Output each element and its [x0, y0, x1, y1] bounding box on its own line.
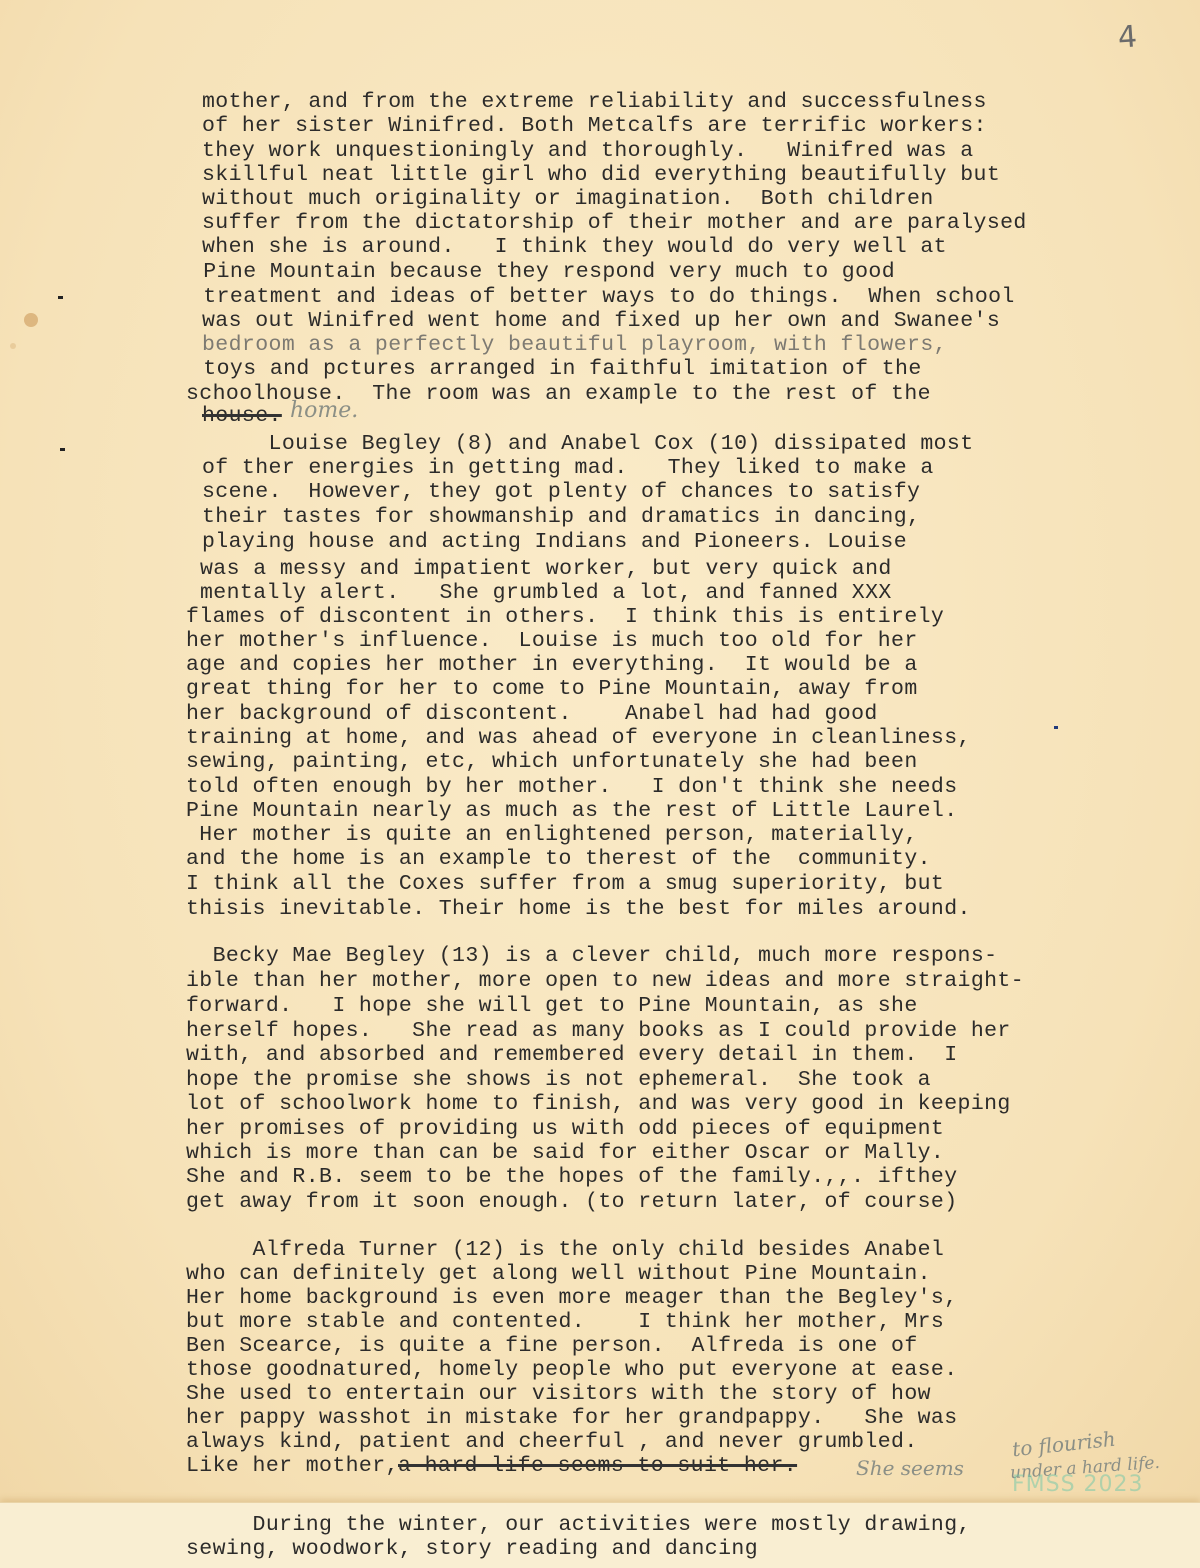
text-line: her mother's influence. Louise is much t… [186, 629, 918, 653]
text-line: sewing, woodwork, story reading and danc… [186, 1537, 758, 1561]
text-line: forward. I hope she will get to Pine Mou… [186, 994, 918, 1018]
text-line: when she is around. I think they would d… [202, 235, 947, 259]
text-line: thisis inevitable. Their home is the bes… [186, 897, 971, 921]
stain [10, 343, 16, 349]
text-line: her background of discontent. Anabel had… [186, 702, 878, 726]
text-line: bedroom as a perfectly beautiful playroo… [202, 333, 947, 357]
text-line: of her sister Winifred. Both Metcalfs ar… [202, 114, 987, 138]
text-line: Pine Mountain because they respond very … [190, 260, 895, 284]
handwritten-correction: home. [290, 398, 358, 423]
ink-mark [60, 448, 65, 451]
handwritten-insert: She seems [856, 1456, 964, 1480]
text-line: her promises of providing us with odd pi… [186, 1117, 944, 1141]
text-line: Like her mother, [186, 1454, 412, 1478]
text-line: they work unquestioningly and thoroughly… [202, 139, 974, 163]
text-line: Ben Scearce, is quite a fine person. Alf… [186, 1334, 918, 1358]
text-line: those goodnatured, homely people who put… [186, 1358, 958, 1382]
text-line: ible than her mother, more open to new i… [186, 969, 1024, 993]
text-line: toys and pctures arranged in faithful im… [190, 357, 922, 381]
watermark: FMSS 2023 [1012, 1472, 1144, 1497]
text-line: Alfreda Turner (12) is the only child be… [186, 1238, 944, 1262]
text-line: training at home, and was ahead of every… [186, 726, 971, 750]
stain [24, 313, 38, 327]
text-line: was a messy and impatient worker, but ve… [200, 557, 892, 581]
text-line: and the home is an example to therest of… [186, 847, 931, 871]
text-line: their tastes for showmanship and dramati… [202, 505, 920, 529]
text-line: suffer from the dictatorship of their mo… [202, 211, 1027, 235]
text-line: which is more than can be said for eithe… [186, 1141, 944, 1165]
text-line: Pine Mountain nearly as much as the rest… [186, 799, 958, 823]
text-line: playing house and acting Indians and Pio… [202, 530, 907, 554]
text-line: skillful neat little girl who did everyt… [202, 163, 1000, 187]
text-line: without much originality or imagination.… [202, 187, 934, 211]
text-line: get away from it soon enough. (to return… [186, 1190, 958, 1214]
next-page-overlap: During the winter, our activities were m… [0, 1502, 1200, 1568]
ink-mark [58, 296, 63, 299]
text-line: lot of schoolwork home to finish, and wa… [186, 1092, 1011, 1116]
text-line: mother, and from the extreme reliability… [202, 90, 987, 114]
struck-sentence: a hard life seems to suit her. [398, 1454, 797, 1478]
text-line: age and copies her mother in everything.… [186, 653, 918, 677]
text-line: always kind, patient and cheerful , and … [186, 1430, 918, 1454]
text-line: She and R.B. seem to be the hopes of the… [186, 1165, 958, 1189]
text-line: mentally alert. She grumbled a lot, and … [200, 581, 892, 605]
text-line: told often enough by her mother. I don't… [186, 775, 958, 799]
text-line: scene. However, they got plenty of chanc… [202, 480, 920, 504]
text-line: She used to entertain our visitors with … [186, 1382, 931, 1406]
page-number: 4 [1117, 19, 1138, 55]
text-line: hope the promise she shows is not epheme… [186, 1068, 931, 1092]
text-line: treatment and ideas of better ways to do… [190, 285, 1015, 309]
text-line: her pappy wasshot in mistake for her gra… [186, 1406, 958, 1430]
text-line: Louise Begley (8) and Anabel Cox (10) di… [202, 432, 974, 456]
text-line: but more stable and contented. I think h… [186, 1310, 944, 1334]
struck-word: house. [202, 404, 282, 428]
text-line: who can definitely get along well withou… [186, 1262, 931, 1286]
text-line: Becky Mae Begley (13) is a clever child,… [186, 944, 997, 968]
text-line: sewing, painting, etc, which unfortunate… [186, 750, 918, 774]
text-line: of ther energies in getting mad. They li… [202, 456, 934, 480]
text-line: flames of discontent in others. I think … [186, 605, 944, 629]
text-line: I think all the Coxes suffer from a smug… [186, 872, 944, 896]
document-page: 4 mother, and from the extreme reliabili… [0, 0, 1200, 1502]
text-line: with, and absorbed and remembered every … [186, 1043, 958, 1067]
text-line: herself hopes. She read as many books as… [186, 1019, 1011, 1043]
text-line: Her home background is even more meager … [186, 1286, 958, 1310]
text-line: was out Winifred went home and fixed up … [202, 309, 1000, 333]
text-line: great thing for her to come to Pine Moun… [186, 677, 918, 701]
ink-mark [1054, 726, 1058, 729]
text-line: Her mother is quite an enlightened perso… [186, 823, 918, 847]
text-line: During the winter, our activities were m… [186, 1513, 971, 1537]
